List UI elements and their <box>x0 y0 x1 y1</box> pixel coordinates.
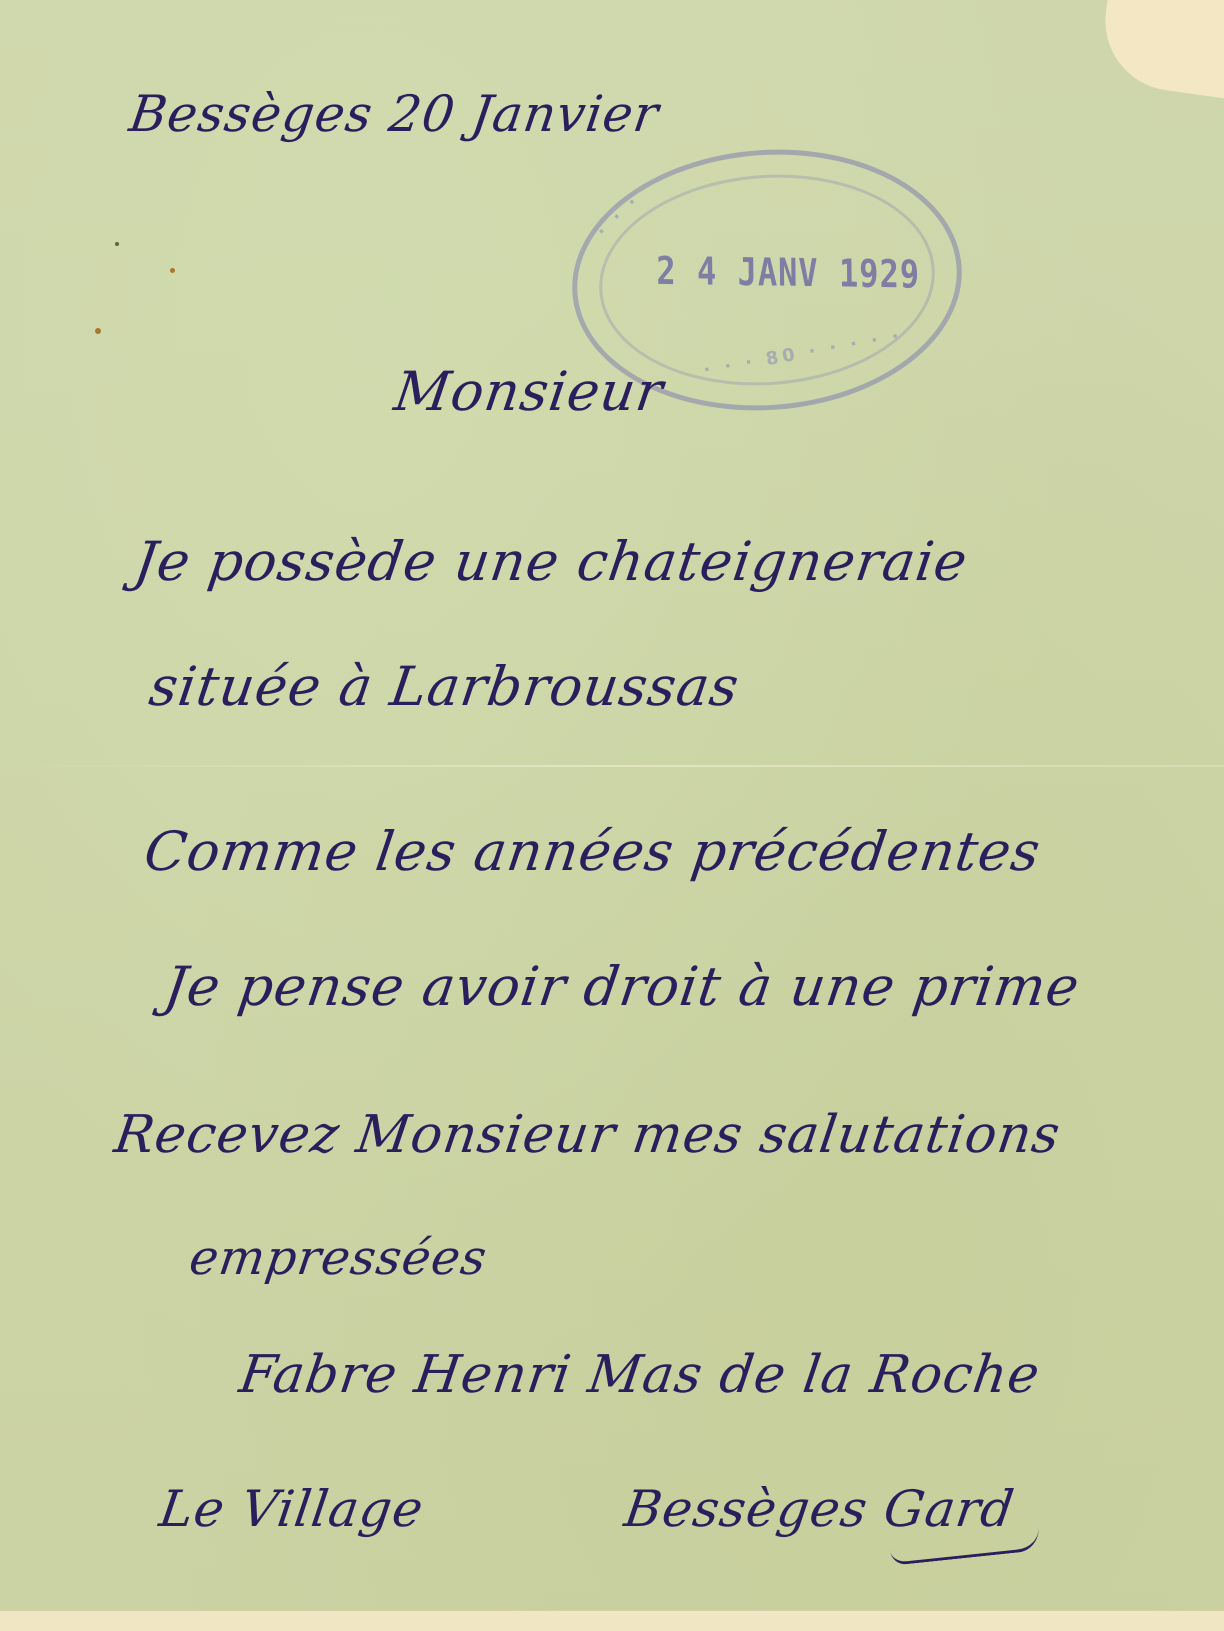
torn-corner <box>1096 0 1224 98</box>
body-line-3: Comme les années précédentes <box>141 820 1045 883</box>
place-date-line: Bessèges 20 Janvier <box>126 85 663 143</box>
fold-crease <box>0 765 1224 767</box>
closing-line-1: Recevez Monsieur mes salutations <box>111 1105 1064 1165</box>
address-right: Bessèges Gard <box>621 1480 1018 1538</box>
stamp-date: 2 4 JANV 1929 <box>656 248 920 297</box>
paper-speck <box>95 328 101 334</box>
closing-line-2: empressées <box>186 1230 491 1286</box>
paper-speck <box>170 268 175 273</box>
body-line-4: Je pense avoir droit à une prime <box>161 955 1084 1018</box>
body-line-1: Je possède une chateigneraie <box>131 530 972 593</box>
signature: Fabre Henri Mas de la Roche <box>236 1345 1044 1405</box>
backing-strip <box>0 1610 1224 1631</box>
salutation: Monsieur <box>391 360 668 423</box>
body-line-2: située à Larbroussas <box>146 655 744 718</box>
address-left: Le Village <box>156 1480 427 1538</box>
paper-speck <box>115 242 119 246</box>
letter-page: Bessèges 20 Janvier · · · 2 4 JANV 1929 … <box>0 0 1224 1610</box>
